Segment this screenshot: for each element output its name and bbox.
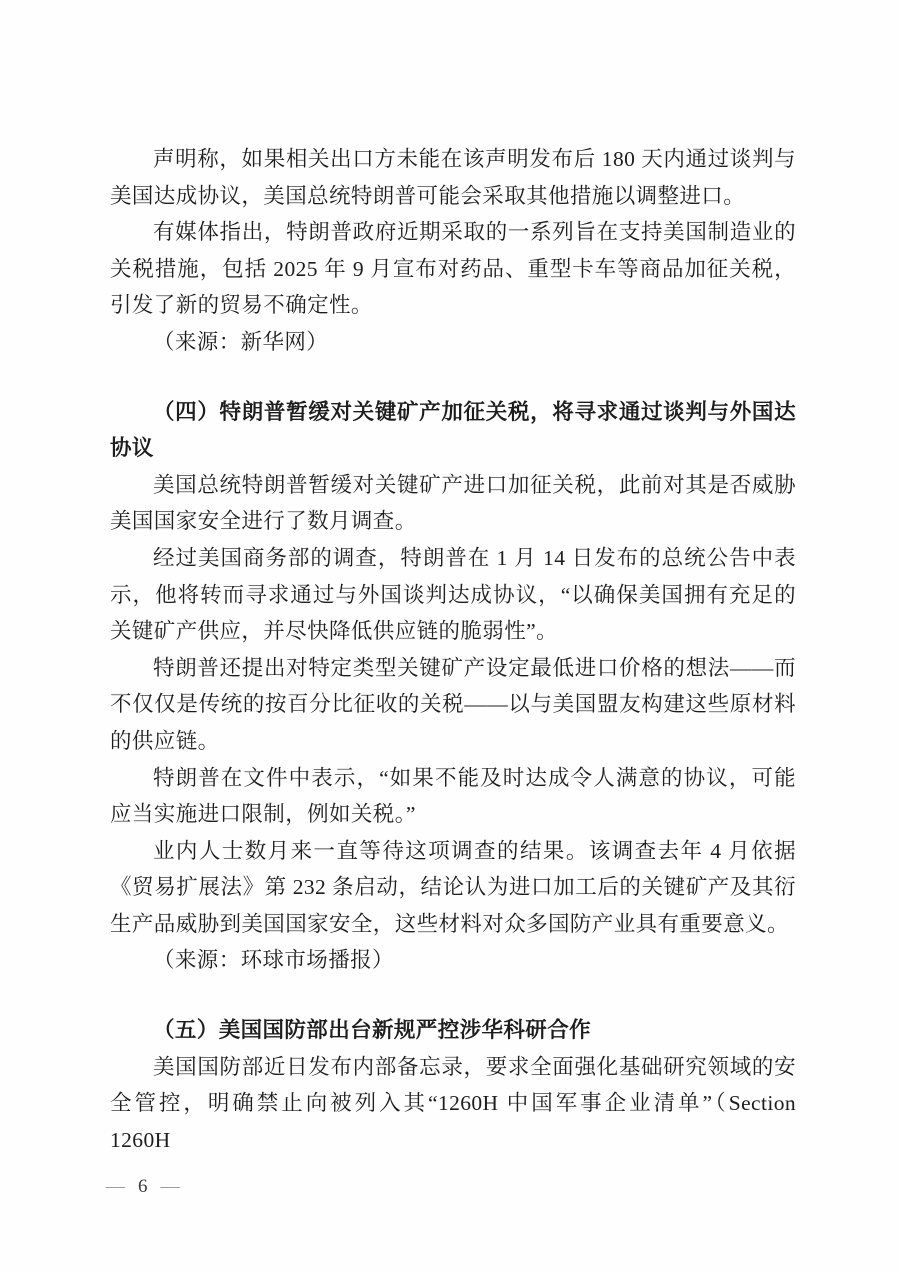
body-paragraph: 有媒体指出，特朗普政府近期采取的一系列旨在支持美国制造业的关税措施，包括 202… <box>110 214 796 324</box>
body-paragraph: 声明称，如果相关出口方未能在该声明发布后 180 天内通过谈判与美国达成协议，美… <box>110 141 796 214</box>
body-paragraph: 经过美国商务部的调查，特朗普在 1 月 14 日发布的总统公告中表示，他将转而寻… <box>110 540 796 650</box>
section-heading-4: （四）特朗普暂缓对关键矿产加征关税，将寻求通过谈判与外国达协议 <box>110 394 796 467</box>
body-paragraph: 特朗普还提出对特定类型关键矿产设定最低进口价格的想法——而不仅仅是传统的按百分比… <box>110 650 796 760</box>
body-paragraph: 美国国防部近日发布内部备忘录，要求全面强化基础研究领域的安全管控，明确禁止向被列… <box>110 1049 796 1159</box>
source-line: （来源：环球市场播报） <box>110 942 796 979</box>
footer-dash-right: — <box>161 1176 180 1197</box>
body-paragraph: 特朗普在文件中表示，“如果不能及时达成令人满意的协议，可能应当实施进口限制，例如… <box>110 760 796 833</box>
source-line: （来源：新华网） <box>110 324 796 361</box>
document-page: 声明称，如果相关出口方未能在该声明发布后 180 天内通过谈判与美国达成协议，美… <box>0 0 900 1272</box>
footer-dash-left: — <box>106 1176 125 1197</box>
body-paragraph: 美国总统特朗普暂缓对关键矿产进口加征关税，此前对其是否威胁美国国家安全进行了数月… <box>110 467 796 540</box>
page-number: 6 <box>138 1176 148 1198</box>
document-body: 声明称，如果相关出口方未能在该声明发布后 180 天内通过谈判与美国达成协议，美… <box>110 141 796 1158</box>
page-footer: —6— <box>106 1176 180 1198</box>
body-paragraph: 业内人士数月来一直等待这项调查的结果。该调查去年 4 月依据《贸易扩展法》第 2… <box>110 833 796 943</box>
section-heading-5: （五）美国国防部出台新规严控涉华科研合作 <box>110 1012 796 1049</box>
